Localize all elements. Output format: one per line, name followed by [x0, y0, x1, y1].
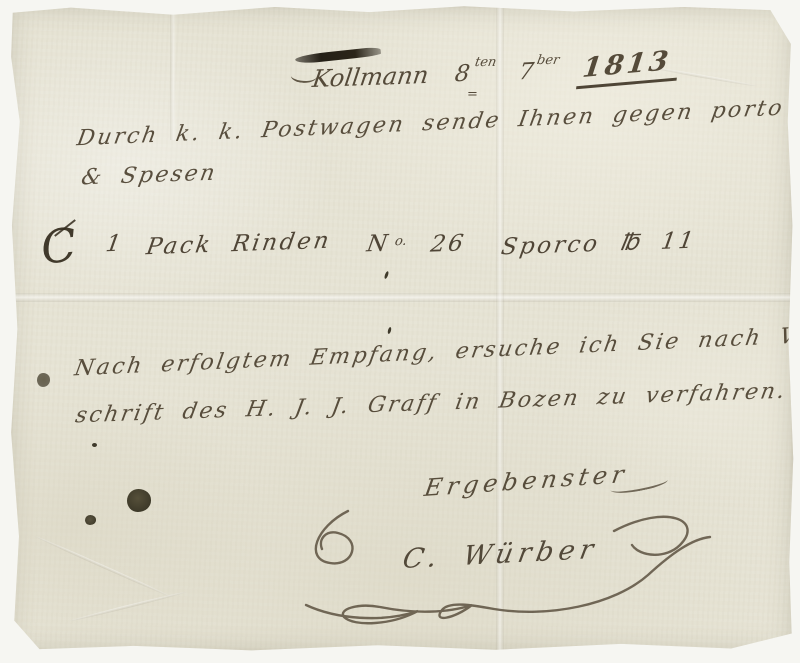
valediction: Ergebenster — [422, 460, 630, 502]
date-month: 7 — [517, 59, 535, 86]
ink-blot — [127, 489, 151, 512]
merchant-mark: C — [38, 217, 79, 274]
consignment-weight: Sporco ℔ 11 — [499, 228, 698, 261]
wrinkle — [69, 591, 186, 623]
date-day-mark: = — [467, 87, 478, 102]
scan-background: { "colors": { "paper": "#e6e3d4", "ink":… — [0, 0, 800, 663]
ink-blot — [37, 373, 50, 387]
date-day: 8 — [453, 61, 471, 88]
consignment-no-label: N — [365, 231, 392, 258]
body-line-2: & Spesen — [79, 161, 219, 191]
ink-blot — [85, 515, 96, 525]
place-name: Kollmann — [311, 61, 431, 93]
consignment-no-suffix: o. — [394, 233, 408, 248]
dateline: Kollmann 8 ten = 7 ber 1813 — [291, 53, 691, 105]
top-vertical-crease — [170, 5, 176, 140]
wrinkle — [34, 535, 172, 599]
ink-fleck — [387, 327, 392, 335]
ink-fleck — [384, 271, 390, 280]
request-line-2: schrift des H. J. J. Graff in Bozen zu v… — [73, 379, 789, 429]
consignment-description: Pack Rinden — [145, 228, 334, 260]
consignment-number: 26 — [429, 230, 468, 257]
consignment-quantity: 1 — [104, 231, 125, 258]
date-year: 1813 — [576, 45, 681, 90]
request-line-1: Nach erfolgtem Empfang, ersuche ich Sie … — [73, 322, 800, 382]
date-month-suffix: ber — [536, 53, 561, 68]
consignment-line: 1 Pack Rinden N o. 26 Sporco ℔ 11 — [106, 231, 695, 271]
horizontal-fold-crease — [8, 293, 794, 302]
date-day-suffix: ten — [474, 55, 498, 70]
letter-paper: Kollmann 8 ten = 7 ber 1813 Durch k. k. … — [8, 5, 794, 653]
ink-fleck — [92, 443, 97, 447]
